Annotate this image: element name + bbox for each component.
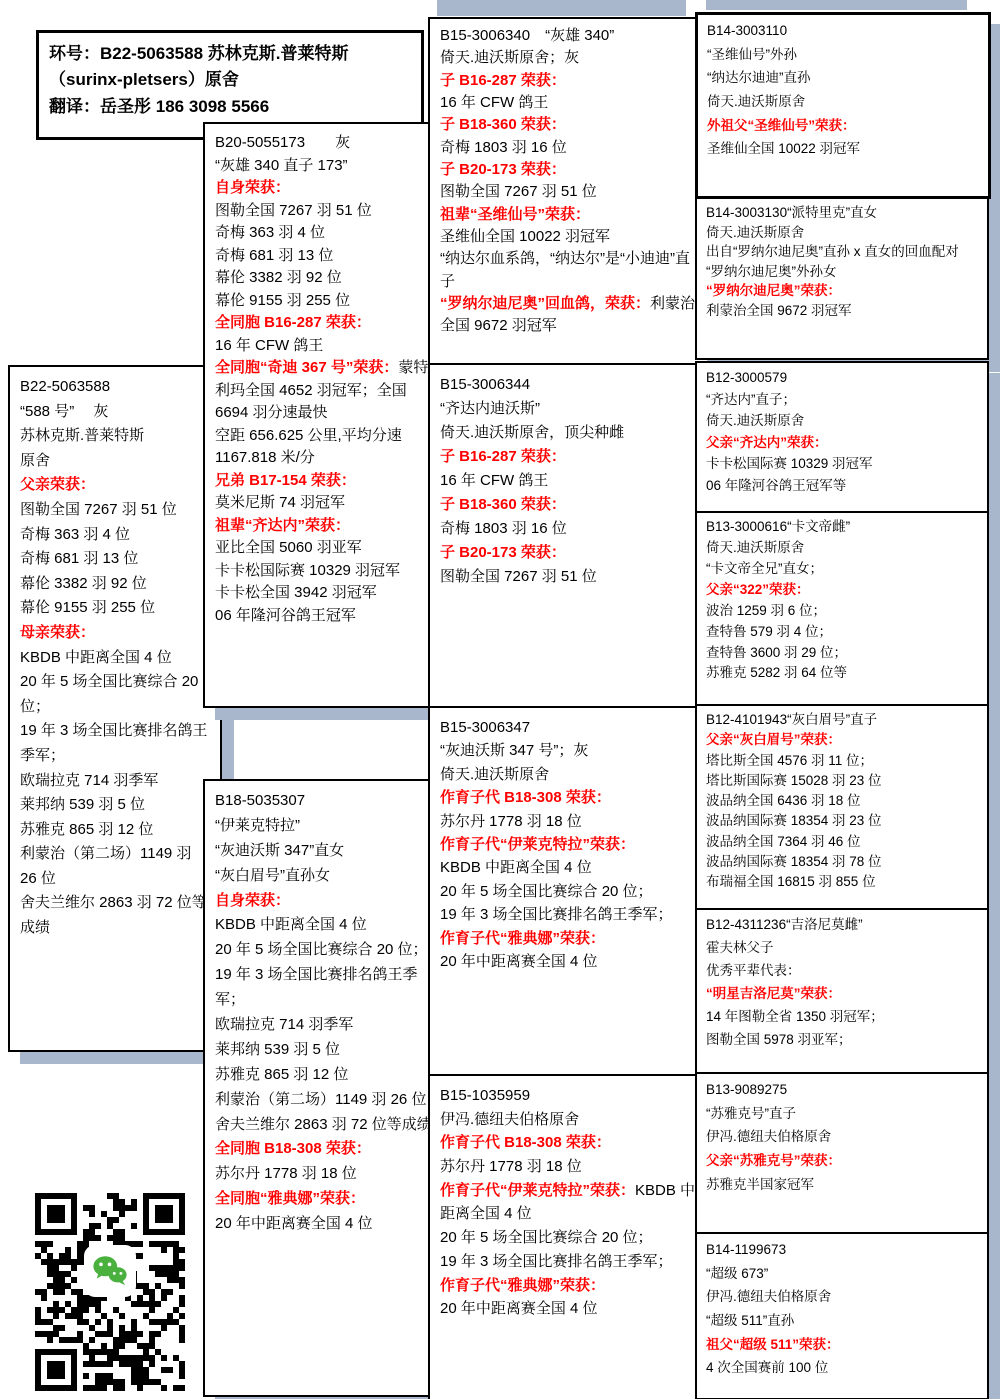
text-segment: 卡卡松国际赛 10329 羽冠军 [706,456,873,471]
text-line: 幕伦 9155 羽 255 位 [20,596,210,621]
text-line: “灰迪沃斯 347”直女 [215,839,436,864]
text-segment: 倚天.迪沃斯原舍 [706,540,804,555]
honor-label: 子 B18-360 荣获： [440,496,566,513]
text-line: 全同胞 B18-308 荣获： [215,1137,436,1162]
honor-label: “罗纳尔迪尼奥”荣获： [706,283,841,298]
text-segment: 16 年 CFW 鸽王 [440,472,548,489]
card-B12-4101943: B12-4101943“灰白眉号”直子父亲“灰白眉号”荣获：塔比斯全国 4576… [695,704,989,912]
honor-label: 全同胞“奇迪 367 号”荣获： [215,359,398,376]
text-line: 父亲荣获： [20,473,210,498]
honor-label: 父亲荣获： [20,476,95,493]
text-line: 子 B20-173 荣获： [440,159,698,181]
card-B18-5035307-dam: B18-5035307“伊莱克特拉”“灰迪沃斯 347”直女“灰白眉号”直孙女自… [203,779,448,1397]
text-segment: B15-3006344 [440,376,530,393]
text-line: 作育子代“雅典娜”荣获： [440,1274,698,1298]
text-segment: 倚天.迪沃斯原舍 [706,225,804,240]
text-line: 翻译：岳圣彤 186 3098 5566 [49,94,411,120]
honor-label: 作育子代 B18-308 荣获： [440,789,611,806]
text-segment: 奇梅 681 羽 13 位 [215,247,333,264]
text-line: 苏雅克半国家冠军 [706,1173,978,1197]
text-line: “超级 673” [706,1262,978,1286]
text-segment: 卡卡松国际赛 10329 羽冠军 [215,562,400,579]
text-segment: 舍夫兰维尔 2863 羽 72 位等成绩 [215,1116,432,1133]
text-segment: “灰白眉号”直孙女 [215,867,330,884]
text-line: 奇梅 363 羽 4 位 [20,523,210,548]
text-segment: 亚比全国 5060 羽亚军 [215,539,362,556]
text-segment: B13-9089275 [706,1082,787,1097]
text-line: 06 年隆河谷鸽王冠军等 [706,475,978,497]
text-segment: “齐达内迪沃斯” [440,400,540,417]
text-line: “罗纳尔迪尼奥”荣获： [706,281,978,301]
text-line: 莱邦纳 539 羽 5 位 [215,1038,436,1063]
text-segment: 苏尔丹 1778 羽 18 位 [215,1165,357,1182]
text-segment: 环号： [49,44,100,63]
text-line: 倚天.迪沃斯原舍 [706,538,978,559]
text-line: 自身荣获： [215,177,436,200]
qr-finder-pattern [35,1349,77,1391]
text-segment: 06 年隆河谷鸽王冠军等 [706,478,846,493]
text-line: B12-4101943“灰白眉号”直子 [706,710,978,730]
text-segment: 圣维仙全国 10022 羽冠军 [707,141,860,156]
text-line: 欧瑞拉克 714 羽季军 [20,769,210,794]
text-line: 波品纳全国 7364 羽 46 位 [706,832,978,852]
card-B13-9089275: B13-9089275“苏雅克号”直子伊冯.德纽夫伯格原舍父亲“苏雅克号”荣获：… [695,1072,989,1234]
text-line: 舍夫兰维尔 2863 羽 72 位等成绩 [20,891,210,940]
text-segment: 4 次全国赛前 100 位 [706,1360,828,1375]
text-segment: 圣维仙全国 10022 羽冠军 [440,228,610,245]
text-line: B15-3006347 [440,716,698,739]
text-line: 倚天.迪沃斯原舍 [707,90,979,114]
text-line: 查特鲁 579 羽 4 位； [706,622,978,643]
text-segment: 19 年 3 场全国比赛排名鸽王季军； [215,966,418,1008]
text-segment: 20 年 5 场全国比赛综合 20 位； [20,673,198,715]
text-line: 20 年 5 场全国比赛综合 20 位； [440,880,698,903]
text-line: B14-1199673 [706,1238,978,1262]
text-line: KBDB 中距离全国 4 位 [215,913,436,938]
card-B22-5063588-subject: B22-5063588“588 号” 灰苏林克斯.普莱特斯原舍父亲荣获：图勒全国… [8,365,222,1052]
text-line: 霍夫林父子 [706,937,978,960]
text-segment: “伊莱克特拉” [215,817,300,834]
text-line: “明星吉洛尼莫”荣获： [706,983,978,1006]
text-line: “齐达内”直子； [706,389,978,411]
text-line: 伊冯.德纽夫伯格原舍 [706,1285,978,1309]
text-line: 苏林克斯.普莱特斯 [20,424,210,449]
text-segment: 苏雅克 865 羽 12 位 [20,821,153,838]
text-segment: B12-3000579 [706,370,787,385]
text-line: 奇梅 363 羽 4 位 [215,222,436,245]
text-segment: 幕伦 3382 羽 92 位 [20,575,147,592]
text-line: 父亲“齐达内”荣获： [706,432,978,454]
text-segment: “罗纳尔迪尼奥”外孙女 [706,264,837,279]
honor-label: 子 B18-360 荣获： [440,116,566,133]
text-line: 子 B18-360 荣获： [440,114,698,136]
text-segment: 欧瑞拉克 714 羽季军 [215,1016,353,1033]
text-segment: 莱邦纳 539 羽 5 位 [20,796,145,813]
text-segment: 倚天.迪沃斯原舍；灰 [440,49,579,66]
text-line: 查特鲁 3600 羽 29 位； [706,643,978,664]
text-segment: 14 年图勒全省 1350 羽冠军； [706,1009,884,1024]
text-line: 4 次全国赛前 100 位 [706,1356,978,1380]
text-line: 祖父“超级 511”荣获： [706,1333,978,1357]
text-line: “纳达尔血系鸽，“纳达尔”是“小迪迪”直子 [440,248,698,293]
card-B14-3003130: B14-3003130“派特里克”直女倚天.迪沃斯原舍出自“罗纳尔迪尼奥”直孙 … [695,197,989,360]
text-line: B13-9089275 [706,1078,978,1102]
text-line: 圣维仙全国 10022 羽冠军 [707,137,979,161]
text-line: 幕伦 3382 羽 92 位 [215,267,436,290]
text-segment: 霍夫林父子 [706,940,774,955]
text-line: 20 年 5 场全国比赛综合 20 位； [215,938,436,963]
text-segment: 19 年 3 场全国比赛排名鸽王季军； [440,906,673,923]
text-line: 祖辈“齐达内”荣获： [215,515,436,538]
text-segment: 幕伦 9155 羽 255 位 [20,599,155,616]
text-line: “伊莱克特拉” [215,814,436,839]
text-segment: 利蒙治（第二场）1149 羽 26 位 [20,845,191,887]
text-line: B22-5063588 [20,375,210,400]
text-line: 子 B20-173 荣获： [440,541,698,565]
text-segment: 出自“罗纳尔迪尼奥”直孙 x 直女的回血配对 [706,244,959,259]
text-line: B14-3003130“派特里克”直女 [706,203,978,223]
text-segment: 伊冯.德纽夫伯格原舍 [440,1111,579,1128]
text-segment: B20-5055173 灰 [215,134,350,151]
text-line: 利蒙治（第二场）1149 羽 26 位 [20,842,210,891]
text-segment: 利蒙治（第二场）1149 羽 26 位 [215,1091,426,1108]
honor-label: 子 B20-173 荣获： [440,161,566,178]
card-B14-3003110: B14-3003110“圣维仙号”外孙“纳达尔迪迪”直孙倚天.迪沃斯原舍外祖父“… [695,12,991,199]
text-line: 亚比全国 5060 羽亚军 [215,537,436,560]
text-line: 苏雅克 865 羽 12 位 [215,1063,436,1088]
text-line: 利蒙治全国 9672 羽冠军 [706,301,978,321]
text-line: 作育子代 B18-308 荣获： [440,786,698,809]
text-segment: B14-3003130“派特里克”直女 [706,205,877,220]
text-line: 14 年图勒全省 1350 羽冠军； [706,1006,978,1029]
text-line: 原舍 [20,449,210,474]
text-segment: B14-3003110 [707,23,787,38]
card-B15-3006340: B15-3006340 “灰雄 340”倚天.迪沃斯原舍；灰子 B16-287 … [428,17,710,365]
text-segment: 卡卡松全国 3942 羽冠军 [215,584,377,601]
text-segment: 波治 1259 羽 6 位； [706,603,826,618]
text-line: 奇梅 1803 羽 16 位 [440,137,698,159]
text-line: B15-3006344 [440,373,698,397]
text-segment: B15-3006340 “灰雄 340” [440,27,614,44]
text-segment: B15-3006347 [440,719,530,736]
text-segment: 莫米尼斯 74 羽冠军 [215,494,345,511]
text-segment: KBDB 中距离全国 4 位 [20,649,172,666]
text-segment: 06 年隆河谷鸽王冠军 [215,607,356,624]
text-segment: 倚天.迪沃斯原舍，顶尖种雌 [440,424,624,441]
text-segment: B15-1035959 [440,1087,530,1104]
text-line: 欧瑞拉克 714 羽季军 [215,1013,436,1038]
text-line: 子 B18-360 荣获： [440,493,698,517]
text-line: 幕伦 3382 羽 92 位 [20,572,210,597]
text-line: B15-3006340 “灰雄 340” [440,25,698,47]
text-segment: 20 年 5 场全国比赛综合 20 位； [440,1229,653,1246]
text-line: 自身荣获： [215,889,436,914]
honor-label: 作育子代“雅典娜”荣获： [440,1277,605,1294]
text-line: “纳达尔迪迪”直孙 [707,66,979,90]
text-line: 伊冯.德纽夫伯格原舍 [440,1108,698,1132]
text-line: 19 年 3 场全国比赛排名鸽王季军； [440,903,698,926]
text-line: 莫米尼斯 74 羽冠军 [215,492,436,515]
text-line: 莱邦纳 539 羽 5 位 [20,793,210,818]
text-segment: 利蒙治全国 9672 羽冠军 [706,303,852,318]
text-line: 19 年 3 场全国比赛排名鸽王季军； [215,963,436,1013]
honor-label: 作育子代“伊莱克特拉”荣获： [440,1182,635,1199]
text-line: 优秀平辈代表： [706,960,978,983]
wechat-qr-code [35,1193,185,1391]
text-segment: 20 年中距离赛全国 4 位 [215,1215,373,1232]
text-line: 全同胞 B16-287 荣获： [215,312,436,335]
text-segment: 塔比斯全国 4576 羽 11 位； [706,753,873,768]
text-line: KBDB 中距离全国 4 位 [20,646,210,671]
text-segment: ）原舍 [188,70,239,89]
text-segment: 苏林克斯.普莱特斯 [20,427,144,444]
honor-label: 子 B16-287 荣获： [440,72,566,89]
text-line: 幕伦 9155 羽 255 位 [215,290,436,313]
text-segment: B12-4311236“吉洛尼莫雌” [706,917,863,932]
text-segment: B22-5063588 [100,44,203,63]
honor-label: 全同胞 B16-287 荣获： [215,314,371,331]
text-line: KBDB 中距离全国 4 位 [440,856,698,879]
text-segment: 20 年中距离赛全国 4 位 [440,1300,598,1317]
text-line: 16 年 CFW 鸽王 [215,335,436,358]
text-line: 图勒全国 5978 羽亚军； [706,1029,978,1052]
text-line: 作育子代 B18-308 荣获： [440,1131,698,1155]
text-line: 苏雅克 865 羽 12 位 [20,818,210,843]
text-line: 子 B16-287 荣获： [440,70,698,92]
text-segment: “超级 673” [706,1266,768,1281]
text-line: 环号：B22-5063588 苏林克斯.普莱特斯（surinx-pletsers… [49,41,411,94]
honor-label: 祖辈“齐达内”荣获： [215,517,350,534]
text-line: 祖辈“圣维仙号”荣获： [440,204,698,226]
text-line: 苏雅克 5282 羽 64 位等 [706,663,978,684]
text-line: 奇梅 1803 羽 16 位 [440,517,698,541]
honor-label: 自身荣获： [215,179,290,196]
text-line: 伊冯.德纽夫伯格原舍 [706,1125,978,1149]
text-line: 利蒙治（第二场）1149 羽 26 位 [215,1088,436,1113]
text-segment: “灰雄 340 直子 173” [215,157,348,174]
honor-label: 祖父“超级 511”荣获： [706,1337,840,1352]
text-segment: “纳达尔血系鸽，“纳达尔”是“小迪迪”直子 [440,250,690,289]
text-segment: 翻译：岳圣彤 [49,97,156,116]
honor-label: 子 B20-173 荣获： [440,544,566,561]
text-segment: B12-4101943“灰白眉号”直子 [706,712,877,727]
text-segment: “苏雅克号”直子 [706,1106,796,1121]
text-line: “苏雅克号”直子 [706,1102,978,1126]
text-line: 父亲“322”荣获： [706,580,978,601]
text-segment: 16 年 CFW 鸽王 [215,337,323,354]
honor-label: 父亲“苏雅克号”荣获： [706,1153,841,1168]
text-line: 倚天.迪沃斯原舍 [706,410,978,432]
text-segment: “卡文帝全兄”直女； [706,561,823,576]
text-line: 苏尔丹 1778 羽 18 位 [440,1155,698,1179]
text-segment: 查特鲁 579 羽 4 位； [706,624,832,639]
text-line: “588 号” 灰 [20,400,210,425]
card-B20-5055173-sire: B20-5055173 灰“灰雄 340 直子 173”自身荣获：图勒全国 72… [203,122,448,708]
honor-label: 父亲“齐达内”荣获： [706,435,828,450]
text-segment: 倚天.迪沃斯原舍 [440,766,549,783]
text-line: 作育子代“伊莱克特拉”荣获：KBDB 中距离全国 4 位 [440,1179,698,1226]
card-B14-1199673: B14-1199673“超级 673”伊冯.德纽夫伯格原舍“超级 511”直孙祖… [695,1232,989,1399]
text-segment: 奇梅 681 羽 13 位 [20,550,138,567]
text-line: 出自“罗纳尔迪尼奥”直孙 x 直女的回血配对 [706,242,978,262]
text-line: B20-5055173 灰 [215,132,436,155]
text-line: “罗纳尔迪尼奥”外孙女 [706,262,978,282]
honor-label: “罗纳尔迪尼奥”回血鸽，荣获： [440,295,650,312]
text-segment: surinx-pletsers [66,70,188,89]
qr-finder-pattern [35,1193,77,1235]
text-segment: “588 号” 灰 [20,403,108,420]
text-segment: B13-3000616“卡文帝雌” [706,519,850,534]
text-line: 卡卡松国际赛 10329 羽冠军 [215,560,436,583]
text-segment: 图勒全国 7267 羽 51 位 [20,501,177,518]
text-segment: 20 年 5 场全国比赛综合 20 位； [440,883,653,900]
text-line: 19 年 3 场全国比赛排名鸽王季军； [20,719,210,768]
text-line: 16 年 CFW 鸽王 [440,92,698,114]
honor-label: 父亲“灰白眉号”荣获： [706,732,841,747]
text-segment: “灰迪沃斯 347 号”；灰 [440,742,588,759]
text-line: 19 年 3 场全国比赛排名鸽王季军； [440,1250,698,1274]
text-line: 塔比斯国际赛 15028 羽 23 位 [706,771,978,791]
text-line: 苏尔丹 1778 羽 18 位 [440,810,698,833]
wechat-icon [86,1247,134,1295]
text-line: 奇梅 681 羽 13 位 [20,547,210,572]
qr-finder-pattern [143,1193,185,1235]
text-segment: 奇梅 363 羽 4 位 [20,526,130,543]
text-line: “超级 511”直孙 [706,1309,978,1333]
text-line: B12-4311236“吉洛尼莫雌” [706,914,978,937]
text-segment: 波品纳国际赛 18354 羽 23 位 [706,813,882,828]
text-line: B14-3003110 [707,19,979,43]
honor-label: 作育子代“雅典娜”荣获： [440,930,605,947]
text-segment: 奇梅 363 羽 4 位 [215,224,325,241]
text-segment: 欧瑞拉克 714 羽季军 [20,772,158,789]
text-segment: 布瑞福全国 16815 羽 855 位 [706,874,876,889]
text-segment: 186 3098 5566 [156,97,269,116]
text-segment: 19 年 3 场全国比赛排名鸽王季军； [20,722,208,764]
text-segment: 20 年 5 场全国比赛综合 20 位； [215,941,428,958]
text-line: 06 年隆河谷鸽王冠军 [215,605,436,628]
text-segment: 图勒全国 5978 羽亚军； [706,1032,852,1047]
text-line: 20 年中距离赛全国 4 位 [215,1212,436,1237]
honor-label: 子 B16-287 荣获： [440,448,566,465]
text-line: 子 B16-287 荣获： [440,445,698,469]
text-line: 16 年 CFW 鸽王 [440,469,698,493]
text-segment: 空距 656.625 公里,平均分速 1167.818 米/分 [215,427,402,467]
text-line: 塔比斯全国 4576 羽 11 位； [706,751,978,771]
card-B15-1035959: B15-1035959伊冯.德纽夫伯格原舍作育子代 B18-308 荣获：苏尔丹… [428,1074,710,1399]
text-segment: KBDB 中距离全国 4 位 [215,916,367,933]
text-line: 波品纳国际赛 18354 羽 23 位 [706,811,978,831]
text-segment: 图勒全国 7267 羽 51 位 [440,183,597,200]
honor-label: 祖辈“圣维仙号”荣获： [440,206,590,223]
text-segment: 波品纳全国 7364 羽 46 位 [706,834,861,849]
text-line: 倚天.迪沃斯原舍 [440,763,698,786]
text-segment: 波品纳全国 6436 羽 18 位 [706,793,861,808]
decor-strip-top-col3 [437,0,686,16]
text-segment: 苏雅克 865 羽 12 位 [215,1066,348,1083]
text-segment: 奇梅 1803 羽 16 位 [440,520,567,537]
text-segment: 图勒全国 7267 羽 51 位 [215,202,372,219]
text-line: “灰白眉号”直孙女 [215,864,436,889]
text-segment: 伊冯.德纽夫伯格原舍 [706,1289,831,1304]
card-B15-3006344: B15-3006344“齐达内迪沃斯”倚天.迪沃斯原舍，顶尖种雌子 B16-28… [428,363,710,712]
text-line: 波治 1259 羽 6 位； [706,601,978,622]
text-segment: 优秀平辈代表： [706,963,801,978]
card-B12-4311236: B12-4311236“吉洛尼莫雌”霍夫林父子优秀平辈代表：“明星吉洛尼莫”荣获… [695,908,989,1074]
text-line: “灰雄 340 直子 173” [215,155,436,178]
text-segment: 莱邦纳 539 羽 5 位 [215,1041,340,1058]
text-segment: 幕伦 9155 羽 255 位 [215,292,350,309]
text-line: “罗纳尔迪尼奥”回血鸽，荣获：利蒙治全国 9672 羽冠军 [440,293,698,338]
text-line: 波品纳国际赛 18354 羽 78 位 [706,852,978,872]
text-segment: 苏雅克半国家冠军 [706,1177,814,1192]
text-line: 外祖父“圣维仙号”荣获： [707,114,979,138]
text-line: 图勒全国 7267 羽 51 位 [20,498,210,523]
text-segment: “圣维仙号”外孙 [707,47,797,62]
text-line: 20 年 5 场全国比赛综合 20 位； [440,1226,698,1250]
text-line: B13-3000616“卡文帝雌” [706,517,978,538]
text-segment: KBDB 中距离全国 4 位 [440,859,592,876]
honor-label: 全同胞 B18-308 荣获： [215,1140,371,1157]
text-line: 全同胞“雅典娜”荣获： [215,1187,436,1212]
text-line: 空距 656.625 公里,平均分速 1167.818 米/分 [215,425,436,470]
text-line: 作育子代“雅典娜”荣获： [440,927,698,950]
text-line: 20 年中距离赛全国 4 位 [440,950,698,973]
text-line: “圣维仙号”外孙 [707,43,979,67]
card-B12-3000579: B12-3000579“齐达内”直子；倚天.迪沃斯原舍父亲“齐达内”荣获：卡卡松… [695,361,989,518]
text-line: 圣维仙全国 10022 羽冠军 [440,226,698,248]
card-B15-3006347: B15-3006347“灰迪沃斯 347 号”；灰倚天.迪沃斯原舍作育子代 B1… [428,706,710,1080]
text-segment: B14-1199673 [706,1242,786,1257]
text-segment: 16 年 CFW 鸽王 [440,94,548,111]
honor-label: 父亲“322”荣获： [706,582,810,597]
text-line: 卡卡松全国 3942 羽冠军 [215,582,436,605]
text-segment: 塔比斯国际赛 15028 羽 23 位 [706,773,882,788]
honor-label: “明星吉洛尼莫”荣获： [706,986,841,1001]
text-line: 倚天.迪沃斯原舍；灰 [440,47,698,69]
text-line: B18-5035307 [215,789,436,814]
honor-label: 全同胞“雅典娜”荣获： [215,1190,365,1207]
text-line: 母亲荣获： [20,621,210,646]
text-segment: “灰迪沃斯 347”直女 [215,842,344,859]
honor-label: 外祖父“圣维仙号”荣获： [707,118,856,133]
text-line: 20 年 5 场全国比赛综合 20 位； [20,670,210,719]
text-line: 倚天.迪沃斯原舍 [706,223,978,243]
pedigree-page: 环号：B22-5063588 苏林克斯.普莱特斯（surinx-pletsers… [0,0,1000,1399]
text-line: “灰迪沃斯 347 号”；灰 [440,739,698,762]
honor-label: 作育子代“伊莱克特拉”荣获： [440,836,635,853]
honor-label: 兄弟 B17-154 荣获： [215,472,356,489]
text-line: “卡文帝全兄”直女； [706,559,978,580]
text-line: 布瑞福全国 16815 羽 855 位 [706,872,978,892]
text-line: 兄弟 B17-154 荣获： [215,470,436,493]
text-segment: 幕伦 3382 羽 92 位 [215,269,342,286]
honor-label: 母亲荣获： [20,624,95,641]
text-segment: 倚天.迪沃斯原舍 [706,413,804,428]
text-line: 全同胞“奇迪 367 号”荣获：蒙特利玛全国 4652 羽冠军；全国 6694 … [215,357,436,425]
text-line: B15-1035959 [440,1084,698,1108]
text-line: 卡卡松国际赛 10329 羽冠军 [706,453,978,475]
text-line: 作育子代“伊莱克特拉”荣获： [440,833,698,856]
text-segment: 波品纳国际赛 18354 羽 78 位 [706,854,882,869]
text-segment: 查特鲁 3600 羽 29 位； [706,645,847,660]
text-segment: 舍夫兰维尔 2863 羽 72 位等成绩 [20,894,207,936]
text-segment: “超级 511”直孙 [706,1313,794,1328]
text-segment: 苏雅克 5282 羽 64 位等 [706,665,847,680]
text-line: 舍夫兰维尔 2863 羽 72 位等成绩 [215,1113,436,1138]
text-line: 图勒全国 7267 羽 51 位 [215,200,436,223]
decor-strip-top-col4 [706,0,967,10]
